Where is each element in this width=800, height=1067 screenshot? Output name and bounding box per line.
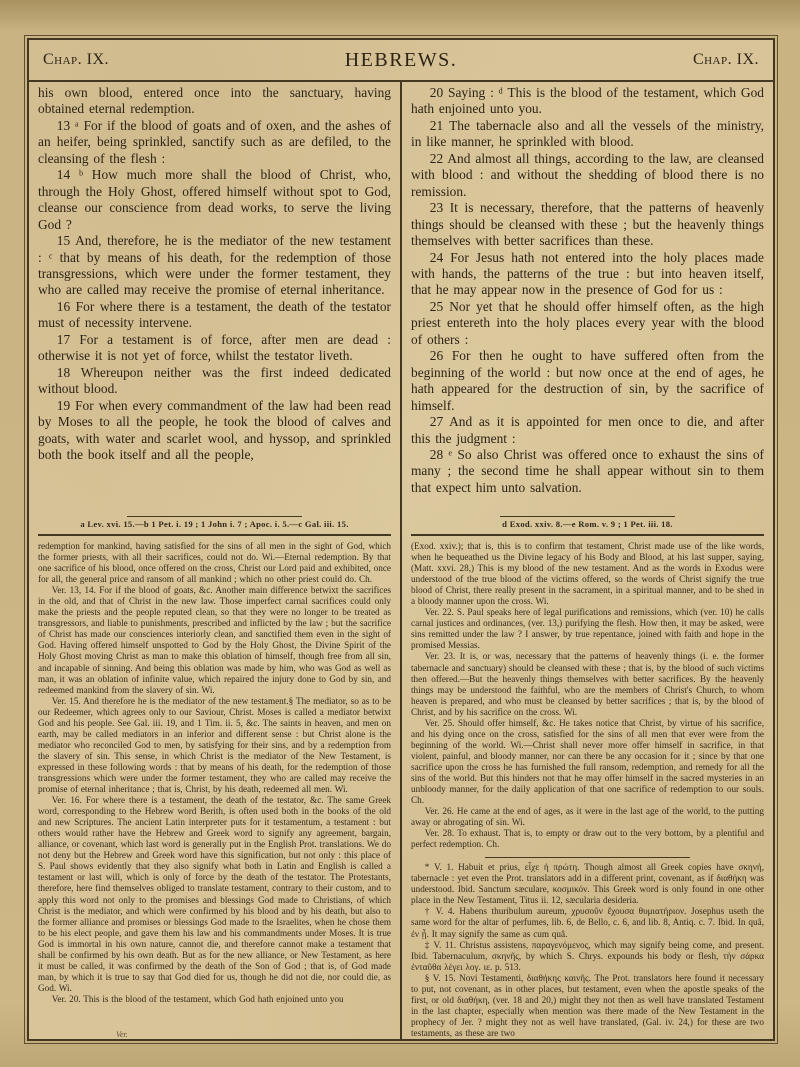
scripture-verse: 13 ᵃ For if the blood of goats and of ox… xyxy=(38,118,391,167)
greek-textual-footnotes: * V. 1. Habuit et prius, εἶχε ἡ πρώτη. T… xyxy=(411,862,764,1039)
chapter-label-left: Chap. IX. xyxy=(43,51,193,69)
scripture-verses-left: his own blood, entered once into the san… xyxy=(38,82,391,513)
footnote-rule-left xyxy=(127,516,302,517)
left-column: his own blood, entered once into the san… xyxy=(29,82,402,1039)
scripture-block-right: 20 Saying : ᵈ This is the blood of the t… xyxy=(411,82,764,536)
greek-footnote: § V. 15. Novi Testamenti, διαθήκης καινῆ… xyxy=(411,973,764,1039)
scanned-book-page-background: { "header": { "left_chapter": "Chap. IX.… xyxy=(0,0,800,1067)
scripture-verse: 28 ᵉ So also Christ was offered once to … xyxy=(411,447,764,496)
scripture-verse: 19 For when every commandment of the law… xyxy=(38,398,391,464)
commentary-paragraph: Ver. 16. For where there is a testament,… xyxy=(38,795,391,994)
page-header: Chap. IX. HEBREWS. Chap. IX. xyxy=(29,40,773,82)
scripture-verse: 26 For then he ought to have suffered of… xyxy=(411,348,764,414)
commentary-paragraph: (Exod. xxiv.); that is, this is to confi… xyxy=(411,541,764,607)
commentary-paragraph: Ver. 28. To exhaust. That is, to empty o… xyxy=(411,828,764,850)
scripture-verse: 21 The tabernacle also and all the vesse… xyxy=(411,118,764,151)
commentary-paragraph: Ver. 26. He came at the end of ages, as … xyxy=(411,806,764,828)
commentary-paragraph: Ver. 22. S. Paul speaks here of legal pu… xyxy=(411,607,764,651)
greek-footnote: † V. 4. Habens thuribulum aureum, χρυσοῦ… xyxy=(411,906,764,939)
scripture-verse: 18 Whereupon neither was the first indee… xyxy=(38,365,391,398)
greek-footnote: ‡ V. 11. Christus assistens, παραγενόμεν… xyxy=(411,940,764,973)
commentary-paragraph: Ver. 20. This is the blood of the testam… xyxy=(38,994,391,1005)
scripture-verse: 25 Nor yet that he should offer himself … xyxy=(411,299,764,348)
scripture-verse: 22 And almost all things, according to t… xyxy=(411,151,764,200)
commentary-paragraph: Ver. 23. It is, or was, necessary that t… xyxy=(411,651,764,717)
scripture-verse: 14 ᵇ How much more shall the blood of Ch… xyxy=(38,167,391,233)
scripture-verses-right: 20 Saying : ᵈ This is the blood of the t… xyxy=(411,82,764,513)
commentary-paragraph: Ver. 25. Should offer himself, &c. He ta… xyxy=(411,718,764,806)
book-page: Chap. IX. HEBREWS. Chap. IX. his own blo… xyxy=(27,38,775,1041)
commentary-paragraph: Ver. 13, 14. For if the blood of goats, … xyxy=(38,585,391,695)
commentary-right: (Exod. xxiv.); that is, this is to confi… xyxy=(411,536,764,852)
book-title: HEBREWS. xyxy=(193,49,609,72)
scripture-verse: 23 It is necessary, therefore, that the … xyxy=(411,200,764,249)
scripture-verse: 17 For a testament is of force, after me… xyxy=(38,332,391,365)
scripture-block-left: his own blood, entered once into the san… xyxy=(38,82,391,536)
footnote-rule-right xyxy=(500,516,675,517)
right-column: 20 Saying : ᵈ This is the blood of the t… xyxy=(402,82,773,1039)
two-column-body: his own blood, entered once into the san… xyxy=(29,82,773,1039)
greek-notes-separator xyxy=(485,857,690,858)
catchword: Ver. xyxy=(116,1030,391,1039)
commentary-paragraph: redemption for mankind, having satisfied… xyxy=(38,541,391,585)
scripture-footnote-left: a Lev. xvi. 15.—b 1 Pet. i. 19 ; 1 John … xyxy=(38,519,391,534)
scripture-verse: 20 Saying : ᵈ This is the blood of the t… xyxy=(411,85,764,118)
greek-footnote: * V. 1. Habuit et prius, εἶχε ἡ πρώτη. T… xyxy=(411,862,764,906)
chapter-label-right: Chap. IX. xyxy=(609,51,759,69)
scripture-footnote-right: d Exod. xxiv. 8.—e Rom. v. 9 ; 1 Pet. ii… xyxy=(411,519,764,534)
scripture-verse: 15 And, therefore, he is the mediator of… xyxy=(38,233,391,299)
scripture-verse: his own blood, entered once into the san… xyxy=(38,85,391,118)
commentary-paragraph: Ver. 15. And therefore he is the mediato… xyxy=(38,696,391,795)
commentary-left: redemption for mankind, having satisfied… xyxy=(38,536,391,1029)
scripture-verse: 27 And as it is appointed for men once t… xyxy=(411,414,764,447)
scripture-verse: 16 For where there is a testament, the d… xyxy=(38,299,391,332)
scripture-verse: 24 For Jesus hath not entered into the h… xyxy=(411,250,764,299)
